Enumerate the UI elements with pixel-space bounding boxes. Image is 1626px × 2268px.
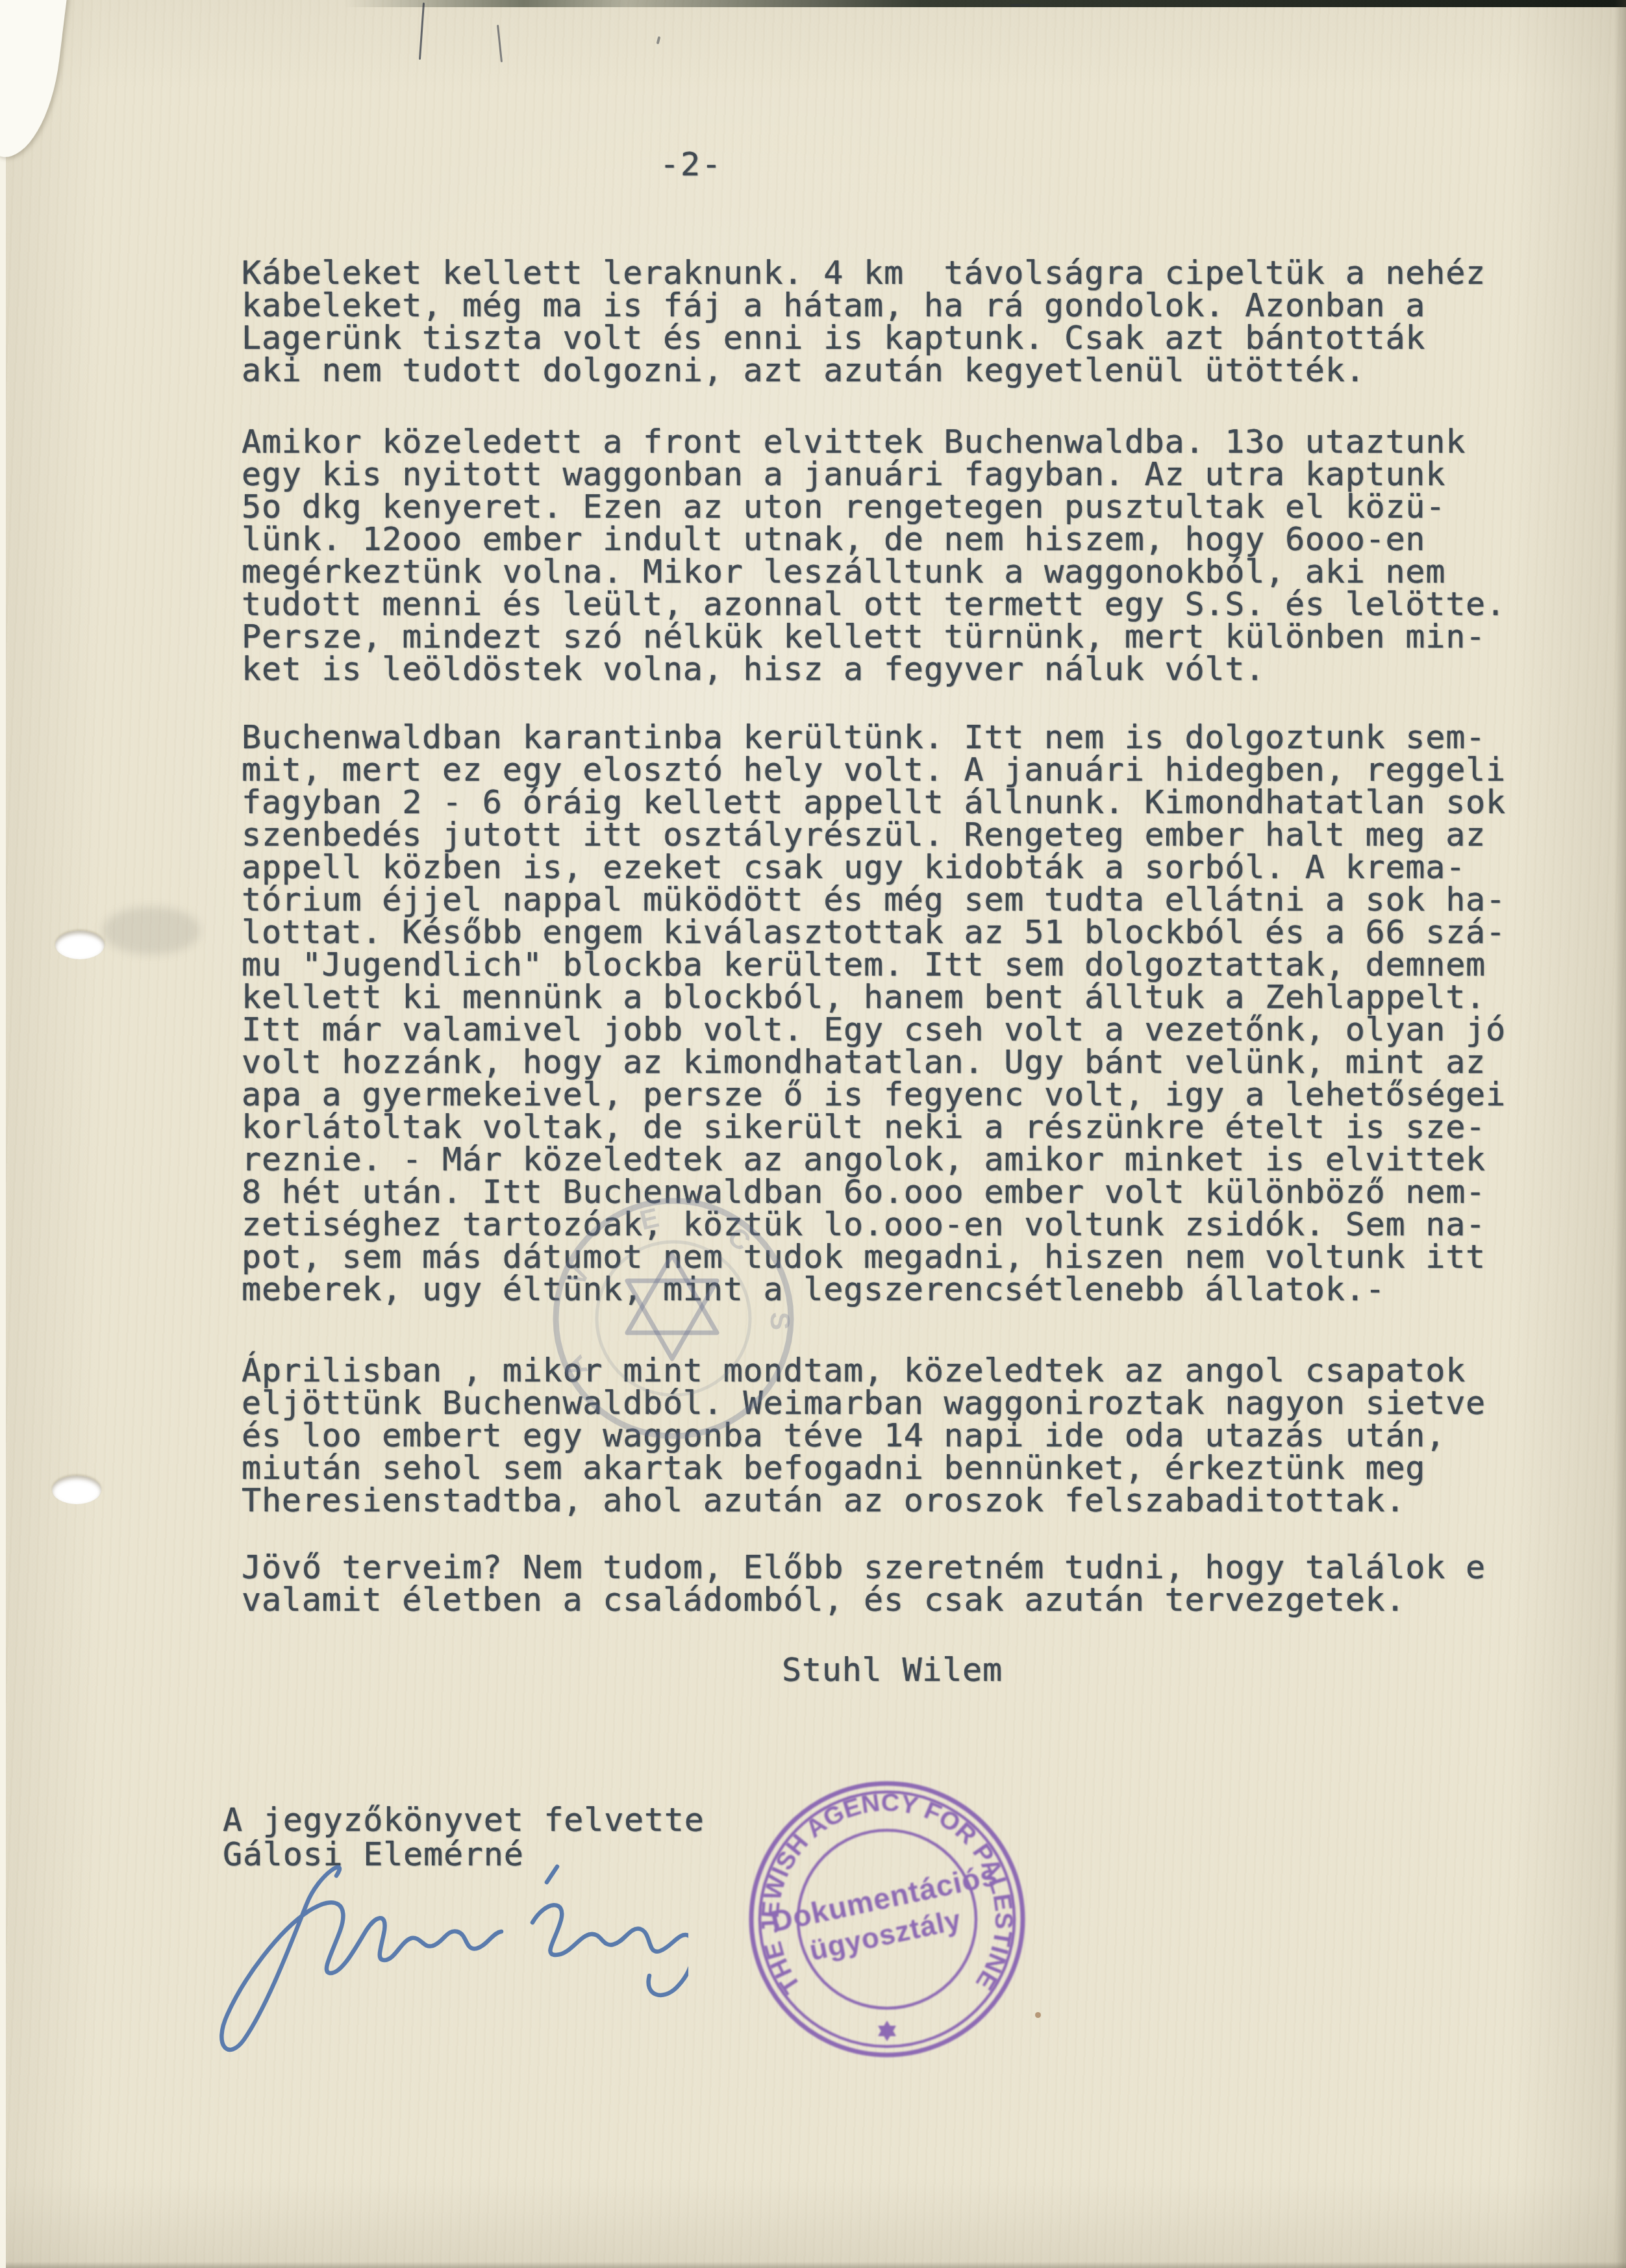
page-corner-curl xyxy=(0,0,67,162)
text-line: 8 hét után. Itt Buchenwaldban 6o.ooo emb… xyxy=(242,1176,1527,1208)
pen-mark xyxy=(1010,4,1030,6)
text-line: reznie. - Már közeledtek az angolok, ami… xyxy=(242,1143,1527,1176)
stamp-star-icon xyxy=(878,2021,896,2041)
scanned-document-page: { "document": { "page_number": "-2-", "p… xyxy=(0,0,1626,2268)
text-line: Buchenwaldban karantinba kerültünk. Itt … xyxy=(242,721,1527,753)
text-line: tórium éjjel nappal müködött és még sem … xyxy=(242,883,1527,916)
text-line: volt hozzánk, hogy az kimondhatatlan. Ug… xyxy=(242,1046,1527,1078)
text-line: 5o dkg kenyeret. Ezen az uton rengetegen… xyxy=(242,490,1527,523)
clerk-line: A jegyzőkönyvet felvette xyxy=(223,1803,705,1837)
scan-bottom-edge xyxy=(0,2262,1626,2268)
text-line: lottat. Később engem kiválasztottak az 5… xyxy=(242,916,1527,948)
text-line: szenbedés jutott itt osztályrészül. Reng… xyxy=(242,818,1527,851)
text-line: eljöttünk Buchenwaldból. Weimarban waggo… xyxy=(242,1387,1527,1419)
punch-hole xyxy=(52,1476,101,1504)
text-line: valamit életben a családomból, és csak a… xyxy=(242,1583,1527,1616)
text-line: Áprilisban , mikor mint mondtam, közeled… xyxy=(242,1354,1527,1387)
text-line: mit, mert ez egy elosztó hely volt. A ja… xyxy=(242,753,1527,786)
clerk-line: Gálosi Elemérné xyxy=(223,1837,705,1872)
text-line: kellett ki mennünk a blockból, hanem ben… xyxy=(242,981,1527,1013)
pen-mark xyxy=(497,25,503,62)
text-line: Kábeleket kellett leraknunk. 4 km távols… xyxy=(242,257,1527,289)
paragraph-1: Kábeleket kellett leraknunk. 4 km távols… xyxy=(242,257,1527,386)
text-line: megérkeztünk volna. Mikor leszálltunk a … xyxy=(242,555,1527,588)
punch-hole xyxy=(55,931,105,959)
text-line: pot, sem más dátumot nem tudok megadni, … xyxy=(242,1241,1527,1273)
text-line: kabeleket, még ma is fáj a hátam, ha rá … xyxy=(242,289,1527,321)
pen-mark xyxy=(419,3,425,60)
stamp-inner-ring xyxy=(798,1830,976,2008)
witness-signature-typed: Stuhl Wilem xyxy=(782,1651,1003,1689)
page-number: -2- xyxy=(660,145,722,183)
text-line: Lagerünk tiszta volt és enni is kaptunk.… xyxy=(242,321,1527,354)
text-line: Persze, mindezt szó nélkük kellett türnü… xyxy=(242,620,1527,653)
text-line: lünk. 12ooo ember indult utnak, de nem h… xyxy=(242,523,1527,555)
paper-smudge xyxy=(103,907,200,955)
paper-speck xyxy=(1035,2012,1041,2018)
text-line: miután sehol sem akartak befogadni bennü… xyxy=(242,1452,1527,1484)
text-line: korlátoltak voltak, de sikerült neki a r… xyxy=(242,1111,1527,1143)
text-line: Jövő terveim? Nem tudom, Előbb szeretném… xyxy=(242,1551,1527,1583)
text-line: zetiséghez tartozóak, köztük lo.ooo-en v… xyxy=(242,1208,1527,1241)
text-line: ket is leöldöstek volna, hisz a fegyver … xyxy=(242,653,1527,685)
scan-top-edge xyxy=(344,0,1626,7)
text-line: Itt már valamivel jobb volt. Egy cseh vo… xyxy=(242,1013,1527,1046)
text-line: Amikor közeledett a front elvittek Buche… xyxy=(242,425,1527,458)
paragraph-3: Buchenwaldban karantinba kerültünk. Itt … xyxy=(242,721,1527,1305)
text-line: aki nem tudott dolgozni, azt azután kegy… xyxy=(242,354,1527,386)
scan-left-edge xyxy=(0,0,6,2268)
text-line: appell közben is, ezeket csak ugy kidobt… xyxy=(242,851,1527,883)
paragraph-2: Amikor közeledett a front elvittek Buche… xyxy=(242,425,1527,685)
clerk-block: A jegyzőkönyvet felvette Gálosi Elemérné xyxy=(223,1803,705,1872)
stamp-center-line1: Dokumentációs xyxy=(768,1858,1001,1939)
paragraph-4: Áprilisban , mikor mint mondtam, közeled… xyxy=(242,1354,1527,1517)
text-line: tudott menni és leült, azonnal ott terme… xyxy=(242,588,1527,620)
stamp-ring-text: THE JEWISH AGENCY FOR PALESTINE xyxy=(757,1789,1018,1998)
jewish-agency-stamp: THE JEWISH AGENCY FOR PALESTINE Dokument… xyxy=(744,1776,1030,2062)
stamp-center-line2: ügyosztály xyxy=(807,1904,964,1967)
paragraph-5: Jövő terveim? Nem tudom, Előbb szeretném… xyxy=(242,1551,1527,1616)
text-line: apa a gyermekeivel, persze ő is fegyenc … xyxy=(242,1078,1527,1111)
text-line: egy kis nyitott waggonban a januári fagy… xyxy=(242,458,1527,490)
text-line: fagyban 2 - 6 óráig kellett appellt álln… xyxy=(242,786,1527,818)
text-line: Theresienstadtba, ahol azután az oroszok… xyxy=(242,1484,1527,1517)
handwritten-signature xyxy=(182,1845,688,2078)
text-line: és loo embert egy waggonba téve 14 napi … xyxy=(242,1419,1527,1452)
text-line: meberek, ugy éltünk, mint a legszerencsé… xyxy=(242,1273,1527,1305)
pen-mark xyxy=(657,36,661,45)
stamp-outer-ring xyxy=(751,1783,1023,2055)
scan-right-edge xyxy=(1614,0,1626,2268)
svg-text:THE JEWISH AGENCY FOR PALESTIN: THE JEWISH AGENCY FOR PALESTINE xyxy=(757,1789,1018,1998)
text-line: mu "Jugendlich" blockba kerültem. Itt se… xyxy=(242,948,1527,981)
